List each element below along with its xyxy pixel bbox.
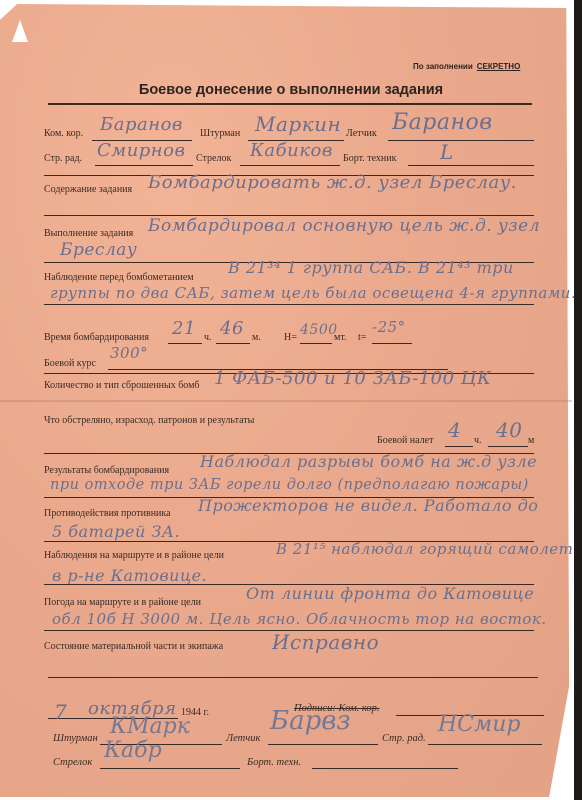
observation-value-2[interactable]: группы по два САБ, затем цель была освещ…	[50, 284, 576, 302]
flight-minutes-line	[488, 446, 528, 447]
radio-line	[95, 165, 193, 166]
flight-hours-line	[445, 446, 473, 447]
gunner-signature[interactable]: Кабр	[104, 738, 162, 763]
navigator-label: Штурман	[200, 128, 240, 139]
route-obs-label: Наблюдения на маршруте и в районе цели	[44, 550, 224, 561]
flight-minutes[interactable]: 40	[496, 418, 522, 442]
execution-value-2[interactable]: Бреслау	[60, 240, 137, 260]
execution-value-1[interactable]: Бомбардировал основную цель ж.д. узел	[148, 216, 540, 236]
bomb-time-hours[interactable]: 21	[172, 318, 196, 339]
radio-sig-line	[428, 744, 542, 745]
flight-minutes-unit: м	[528, 435, 534, 446]
fold-crease	[0, 400, 572, 402]
document-title: Боевое донесение о выполнении задания	[0, 82, 582, 98]
temp-label: t=	[358, 332, 366, 343]
radio-value[interactable]: Смирнов	[97, 140, 185, 161]
title-rule	[48, 103, 532, 105]
pilot-label: Летчик	[346, 128, 377, 139]
pilot-signature[interactable]: Барвз	[270, 706, 351, 736]
pilot-value[interactable]: Баранов	[392, 110, 493, 135]
temp-value[interactable]: -25°	[372, 318, 406, 336]
radio-label: Стр. рад.	[44, 153, 82, 164]
opposition-value-1[interactable]: Прожекторов не видел. Работало до	[198, 496, 538, 515]
footer-pilot-label: Летчик	[226, 733, 260, 744]
flight-hours-unit: ч.	[474, 435, 482, 446]
radio-signature[interactable]: НСмир	[438, 712, 521, 737]
flight-label: Боевой налет	[377, 435, 433, 446]
hours-line	[168, 343, 202, 344]
tech-label: Борт. техник	[343, 153, 396, 164]
weather-value-1[interactable]: От линии фронта до Катовице	[246, 584, 534, 603]
minutes-line	[216, 343, 250, 344]
minutes-unit: м.	[252, 332, 261, 343]
tech-value[interactable]: L	[440, 140, 454, 164]
pilot-line	[388, 140, 534, 141]
flight-hours[interactable]: 4	[448, 418, 461, 442]
paper-tear	[12, 20, 28, 42]
pilot-sig-line	[268, 744, 378, 745]
task-value[interactable]: Бомбардировать ж.д. узел Бреслау.	[148, 172, 517, 193]
navigator-signature[interactable]: КМарк	[110, 714, 190, 739]
navigator-value[interactable]: Маркин	[255, 112, 341, 136]
observation-value-1[interactable]: В 21³⁴ 1 группа САБ. В 21⁴³ три	[228, 258, 514, 277]
results-label: Результаты бомбардирования	[44, 465, 169, 476]
gunner-line	[240, 165, 340, 166]
condition-line	[48, 677, 538, 678]
execution-label: Выполнение задания	[44, 228, 133, 239]
altitude-unit: мт.	[334, 332, 346, 343]
bombs-value[interactable]: 1 ФАБ-500 и 10 ЗАБ-100 ЦК	[214, 368, 491, 389]
hours-unit: ч.	[204, 332, 212, 343]
classification-value: СЕКРЕТНО	[477, 62, 521, 71]
course-label: Боевой курс	[44, 358, 96, 369]
bomb-time-minutes[interactable]: 46	[220, 318, 244, 339]
altitude-line	[300, 343, 332, 344]
bombs-label: Количество и тип сброшенных бомб	[44, 380, 200, 391]
classification-stamp: По заполненииСЕКРЕТНО	[413, 62, 520, 71]
route-obs-value-2[interactable]: в р-не Катовице.	[52, 566, 207, 585]
footer-gunner-label: Стрелок	[53, 757, 92, 768]
task-label: Содержание задания	[44, 184, 132, 195]
route-obs-value-1[interactable]: В 21¹⁵ наблюдал горящий самолет	[276, 540, 573, 558]
observation-label: Наблюдение перед бомбометанием	[44, 272, 194, 283]
gunner-value[interactable]: Кабиков	[250, 140, 333, 161]
temp-line	[372, 343, 412, 344]
fired-label: Что обстреляно, израсход. патронов и рез…	[44, 415, 254, 426]
observation-line	[44, 304, 534, 305]
footer-tech-label: Борт. техн.	[247, 757, 301, 768]
commander-label: Ком. кор.	[44, 128, 83, 139]
commander-value[interactable]: Баранов	[100, 114, 183, 135]
weather-label: Погода на маршруте и в районе цели	[44, 597, 201, 608]
results-value-1[interactable]: Наблюдал разрывы бомб на ж.д узле	[200, 452, 537, 471]
footer-radio-label: Стр. рад.	[382, 733, 426, 744]
altitude-value[interactable]: 4500	[300, 322, 338, 338]
tech-line	[408, 165, 534, 166]
gunner-label: Стрелок	[196, 153, 231, 164]
condition-value[interactable]: Исправно	[272, 630, 379, 654]
altitude-label: H=	[284, 332, 297, 343]
scan-edge	[574, 0, 582, 800]
date-day[interactable]: 7	[54, 700, 67, 724]
condition-label: Состояние материальной части и экипажа	[44, 641, 223, 652]
course-value[interactable]: 300°	[110, 344, 148, 362]
footer-navigator-label: Штурман	[53, 733, 98, 744]
opposition-label: Противодействия противника	[44, 508, 171, 519]
gunner-sig-line	[100, 768, 240, 769]
opposition-value-2[interactable]: 5 батарей ЗА.	[52, 522, 180, 541]
weather-value-2[interactable]: обл 10б H 3000 м. Цель ясно. Облачность …	[52, 610, 547, 628]
classification-label: По заполнении	[413, 62, 473, 71]
results-value-2[interactable]: при отходе три ЗАБ горели долго (предпол…	[50, 477, 529, 493]
bomb-time-label: Время бомбардирования	[44, 332, 149, 343]
tech-sig-line	[312, 768, 458, 769]
